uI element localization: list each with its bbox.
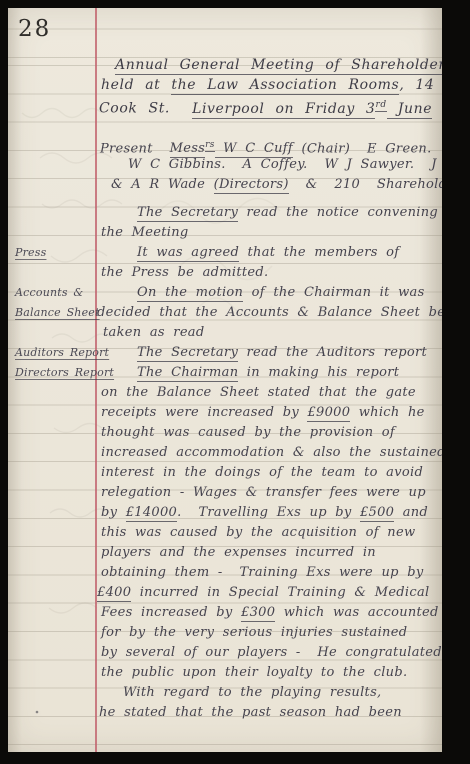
underlined-text-segment: rs [205,140,215,152]
book-fore-edge [442,5,463,752]
text-segment: , 14 [399,77,434,93]
handwritten-text: thought was caused by the provision of [101,423,395,443]
text-segment: held at [101,77,171,93]
margin-note: Press [15,243,95,263]
text-segment: on the Balance Sheet stated that the gat… [101,385,416,400]
manuscript-line: With regard to the playing results, [95,683,442,703]
manuscript-line: this was caused by the acquisition of ne… [95,523,442,543]
handwritten-text: decided that the Accounts & Balance Shee… [97,303,442,323]
manuscript-line: interest in the doings of the team to av… [95,463,442,483]
handwritten-text: the Press be admitted. [101,263,268,283]
underlined-text-segment: The Secretary [137,345,238,362]
handwritten-text: increased accommodation & also the susta… [101,443,442,463]
manuscript-line: for by the very serious injuries sustain… [95,623,442,643]
handwritten-text: £400 incurred in Special Training & Medi… [97,583,429,603]
manuscript-line: thought was caused by the provision of [95,423,442,443]
manuscript-lines: Annual General Meeting of Shareholdershe… [95,55,442,723]
handwritten-text: by several of our players - He congratul… [101,643,442,663]
manuscript-line: obtaining them - Training Exs were up by [95,563,442,583]
handwritten-text: for by the very serious injuries sustain… [101,623,407,643]
text-segment: Fees increased by [101,605,241,620]
manuscript-line: & A R Wade (Directors) & 210 Shareholder… [95,175,442,195]
handwritten-text: The Secretary read the Auditors report [137,343,427,363]
text-segment: that the members of [239,245,399,260]
text-segment: increased accommodation & also the susta… [101,445,442,460]
manuscript-line: the Meeting [95,223,442,243]
manuscript-line: PressIt was agreed that the members of [95,243,442,263]
manuscript-line: he stated that the past season had been [95,703,442,723]
text-segment: & 210 Shareholders. [289,177,442,192]
text-segment: and [394,505,428,520]
underlined-text-segment: The Chairman [137,365,238,382]
manuscript-line: Fees increased by £300 which was account… [95,603,442,623]
underlined-text-segment: On the motion [137,285,243,302]
handwritten-text: held at the Law Association Rooms, 14 [101,75,434,95]
text-segment: players and the expenses incurred in [101,545,376,560]
manuscript-line: by £14000. Travelling Exs up by £500 and [95,503,442,523]
text-segment: relegation - Wages & transfer fees were … [101,485,426,500]
underlined-text-segment: Annual General Meeting of Shareholders [115,57,442,75]
manuscript-line: Annual General Meeting of Shareholders [95,55,442,75]
underlined-text-segment: rd [375,100,386,112]
handwritten-text: obtaining them - Training Exs were up by [101,563,423,583]
underlined-text-segment: The Secretary [137,205,238,222]
handwritten-text: receipts were increased by £9000 which h… [101,403,425,423]
text-segment: by several of our players - He congratul… [101,645,442,660]
underlined-text-segment: £9000 [307,405,350,422]
handwritten-text: on the Balance Sheet stated that the gat… [101,383,416,403]
margin-note: Accounts & [15,283,95,303]
manuscript-line [95,115,442,135]
margin-note: Directors Report [15,363,95,383]
page-number: 28 [18,16,51,42]
text-segment: thought was caused by the provision of [101,425,395,440]
manuscript-line: receipts were increased by £9000 which h… [95,403,442,423]
underlined-text-segment: (Directors) [214,177,289,194]
text-segment: & A R Wade [111,177,214,192]
margin-note: Balance Sheet [15,303,95,323]
text-segment: interest in the doings of the team to av… [101,465,423,480]
manuscript-line: Balance Sheetdecided that the Accounts &… [95,303,442,323]
manuscript-line: Directors ReportThe Chairman in making h… [95,363,442,383]
text-segment: by [101,505,126,520]
handwritten-text: the public upon their loyalty to the clu… [101,663,407,683]
manuscript-line: relegation - Wages & transfer fees were … [95,483,442,503]
text-segment: which he [350,405,424,420]
text-segment: which was accounted [275,605,438,620]
handwritten-text: taken as read [103,323,204,343]
handwritten-text: W C Gibbins. A Coffey. W J Sawyer. J Sha… [128,155,442,175]
handwritten-text: the Meeting [101,223,189,243]
handwritten-text: With regard to the playing results, [123,683,381,703]
manuscript-line: increased accommodation & also the susta… [95,443,442,463]
manuscript-line: Present Messrs W C Cuff (Chair) E Green.… [95,135,442,155]
handwritten-text: relegation - Wages & transfer fees were … [101,483,426,503]
handwritten-text: players and the expenses incurred in [101,543,376,563]
text-segment: read the Auditors report [238,345,427,360]
handwritten-text: The Secretary read the notice convening [137,203,438,223]
manuscript-line: players and the expenses incurred in [95,543,442,563]
handwritten-text: It was agreed that the members of [137,243,399,263]
text-segment: With regard to the playing results, [123,685,381,700]
text-segment: the Meeting [101,225,189,240]
handwritten-text: & A R Wade (Directors) & 210 Shareholder… [111,175,442,195]
handwritten-text: he stated that the past season had been [99,703,402,723]
manuscript-line: Accounts &On the motion of the Chairman … [95,283,442,303]
text-segment: read the notice convening [238,205,438,220]
handwritten-text: Annual General Meeting of Shareholders [115,55,442,75]
underlined-text-segment: £400 [97,585,131,602]
text-segment: receipts were increased by [101,405,307,420]
margin-note: Auditors Report [15,343,95,363]
manuscript-line: the public upon their loyalty to the clu… [95,663,442,683]
text-segment: W C Gibbins. A Coffey. W J Sawyer. J Sha… [128,157,442,172]
handwritten-text: Fees increased by £300 which was account… [101,603,439,623]
manuscript-line: by several of our players - He congratul… [95,643,442,663]
manuscript-line: The Secretary read the notice convening [95,203,442,223]
minute-book-page: 28 Annual General Meeting of Shareholder… [8,8,442,752]
text-segment: incurred in Special Training & Medical [131,585,429,600]
manuscript-line: W C Gibbins. A Coffey. W J Sawyer. J Sha… [95,155,442,175]
manuscript-line: taken as read [95,323,442,343]
handwritten-text: On the motion of the Chairman it was [137,283,425,303]
text-segment: decided that the Accounts & Balance Shee… [97,305,442,320]
underlined-text-segment: the Law Association Rooms [171,77,399,95]
manuscript-line: Auditors ReportThe Secretary read the Au… [95,343,442,363]
text-segment: the public upon their loyalty to the clu… [101,665,407,680]
text-segment: . Travelling Exs up by [177,505,360,520]
underlined-text-segment: £500 [360,505,394,522]
text-segment: he stated that the past season had been [99,705,402,720]
manuscript-line: Cook St. Liverpool on Friday 3rd June 19… [95,95,442,115]
handwritten-text: this was caused by the acquisition of ne… [101,523,415,543]
manuscript-line: on the Balance Sheet stated that the gat… [95,383,442,403]
handwritten-text: by £14000. Travelling Exs up by £500 and [101,503,428,523]
manuscript-line: £400 incurred in Special Training & Medi… [95,583,442,603]
underlined-text-segment: £300 [241,605,275,622]
text-segment: taken as read [103,325,204,340]
text-segment: in making his report [238,365,399,380]
underlined-text-segment: £14000 [126,505,177,522]
text-segment: this was caused by the acquisition of ne… [101,525,415,540]
handwritten-text: interest in the doings of the team to av… [101,463,423,483]
text-segment: the Press be admitted. [101,265,268,280]
text-segment: of the Chairman it was [243,285,424,300]
manuscript-line: held at the Law Association Rooms, 14 [95,75,442,95]
handwritten-text: The Chairman in making his report [137,363,399,383]
text-segment: obtaining them - Training Exs were up by [101,565,423,580]
underlined-text-segment: It was agreed [137,245,239,262]
manuscript-line: the Press be admitted. [95,263,442,283]
text-segment: for by the very serious injuries sustain… [101,625,407,640]
